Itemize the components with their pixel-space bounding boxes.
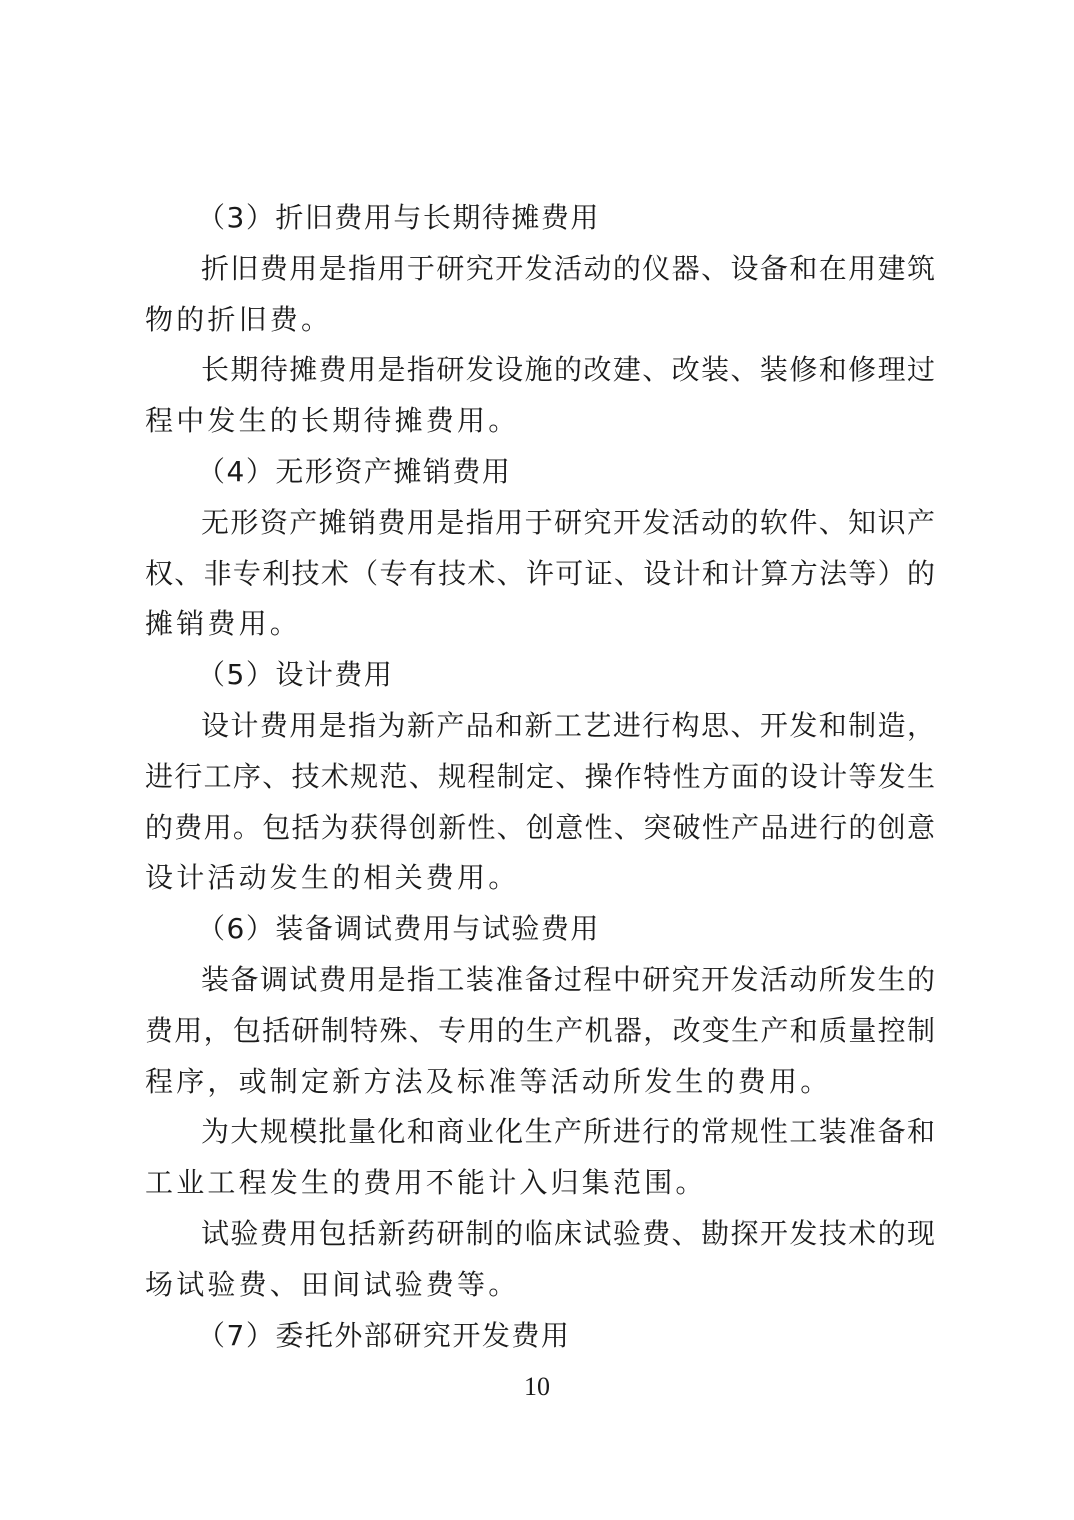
paragraph-line: 试验费用包括新药研制的临床试验费、勘探开发技术的现 — [145, 1209, 935, 1260]
paragraph-line: 的费用。包括为获得创新性、创意性、突破性产品进行的创意 — [145, 803, 935, 854]
document-page: （3）折旧费用与长期待摊费用 折旧费用是指用于研究开发活动的仪器、设备和在用建筑… — [0, 0, 1074, 1520]
paragraph-line: 程中发生的长期待摊费用。 — [145, 396, 935, 447]
paragraph-line: 权、非专利技术（专有技术、许可证、设计和计算方法等）的 — [145, 549, 935, 600]
paragraph-line: 场试验费、田间试验费等。 — [145, 1260, 935, 1311]
section-heading-4: （4）无形资产摊销费用 — [145, 447, 935, 498]
page-number: 10 — [0, 1372, 1074, 1402]
paragraph-line: 设计费用是指为新产品和新工艺进行构思、开发和制造， — [145, 701, 935, 752]
document-body: （3）折旧费用与长期待摊费用 折旧费用是指用于研究开发活动的仪器、设备和在用建筑… — [145, 193, 935, 1361]
paragraph-line: 程序，或制定新方法及标准等活动所发生的费用。 — [145, 1057, 935, 1108]
paragraph-line: 物的折旧费。 — [145, 295, 935, 346]
section-heading-7: （7）委托外部研究开发费用 — [145, 1311, 935, 1362]
section-heading-3: （3）折旧费用与长期待摊费用 — [145, 193, 935, 244]
paragraph-line: 进行工序、技术规范、规程制定、操作特性方面的设计等发生 — [145, 752, 935, 803]
paragraph-line: 工业工程发生的费用不能计入归集范围。 — [145, 1158, 935, 1209]
section-heading-5: （5）设计费用 — [145, 650, 935, 701]
section-heading-6: （6）装备调试费用与试验费用 — [145, 904, 935, 955]
paragraph-line: 折旧费用是指用于研究开发活动的仪器、设备和在用建筑 — [145, 244, 935, 295]
paragraph-line: 摊销费用。 — [145, 599, 935, 650]
paragraph-line: 长期待摊费用是指研发设施的改建、改装、装修和修理过 — [145, 345, 935, 396]
paragraph-line: 无形资产摊销费用是指用于研究开发活动的软件、知识产 — [145, 498, 935, 549]
paragraph-line: 为大规模批量化和商业化生产所进行的常规性工装准备和 — [145, 1107, 935, 1158]
paragraph-line: 装备调试费用是指工装准备过程中研究开发活动所发生的 — [145, 955, 935, 1006]
paragraph-line: 设计活动发生的相关费用。 — [145, 853, 935, 904]
paragraph-line: 费用，包括研制特殊、专用的生产机器，改变生产和质量控制 — [145, 1006, 935, 1057]
